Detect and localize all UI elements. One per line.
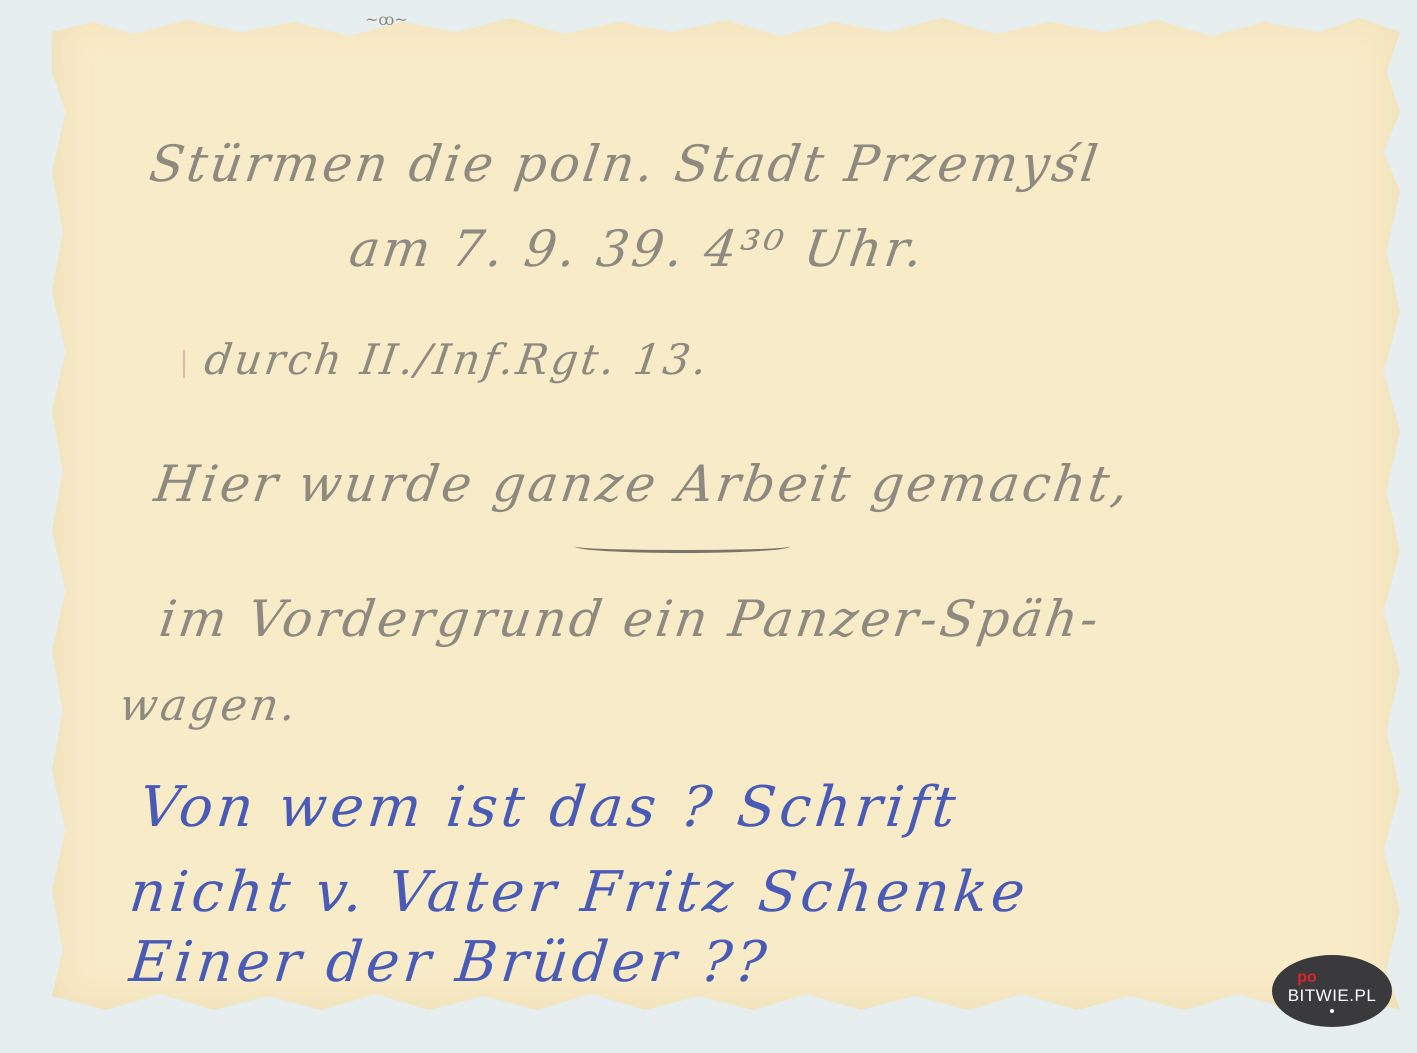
underline-mark bbox=[575, 540, 790, 553]
pencil-line-5: im Vordergrund ein Panzer-Späh- bbox=[156, 590, 1105, 648]
pobitwie-watermark-logo: po BITWIE.PL bbox=[1272, 955, 1392, 1027]
logo-prefix: po bbox=[1297, 970, 1317, 986]
pencil-line-1: Stürmen die poln. Stadt Przemyśl bbox=[146, 135, 1104, 193]
logo-text: BITWIE.PL bbox=[1288, 986, 1377, 1006]
ink-line-3: Einer der Brüder ?? bbox=[127, 930, 774, 995]
ink-line-2: nicht v. Vater Fritz Schenke bbox=[127, 860, 1032, 925]
ink-line-1: Von wem ist das ? Schrift bbox=[137, 775, 963, 840]
top-scribble-mark: ~ꝏ~ bbox=[365, 10, 408, 29]
pencil-line-3-unit: durch II./Inf.Rgt. 13. bbox=[202, 335, 713, 384]
margin-mark bbox=[183, 350, 185, 378]
pencil-line-6: wagen. bbox=[116, 680, 302, 731]
logo-dot-icon bbox=[1330, 1009, 1334, 1013]
pencil-line-2-date: am 7. 9. 39. 4³⁰ Uhr. bbox=[346, 220, 929, 278]
pencil-line-4: Hier wurde ganze Arbeit gemacht, bbox=[151, 455, 1135, 513]
